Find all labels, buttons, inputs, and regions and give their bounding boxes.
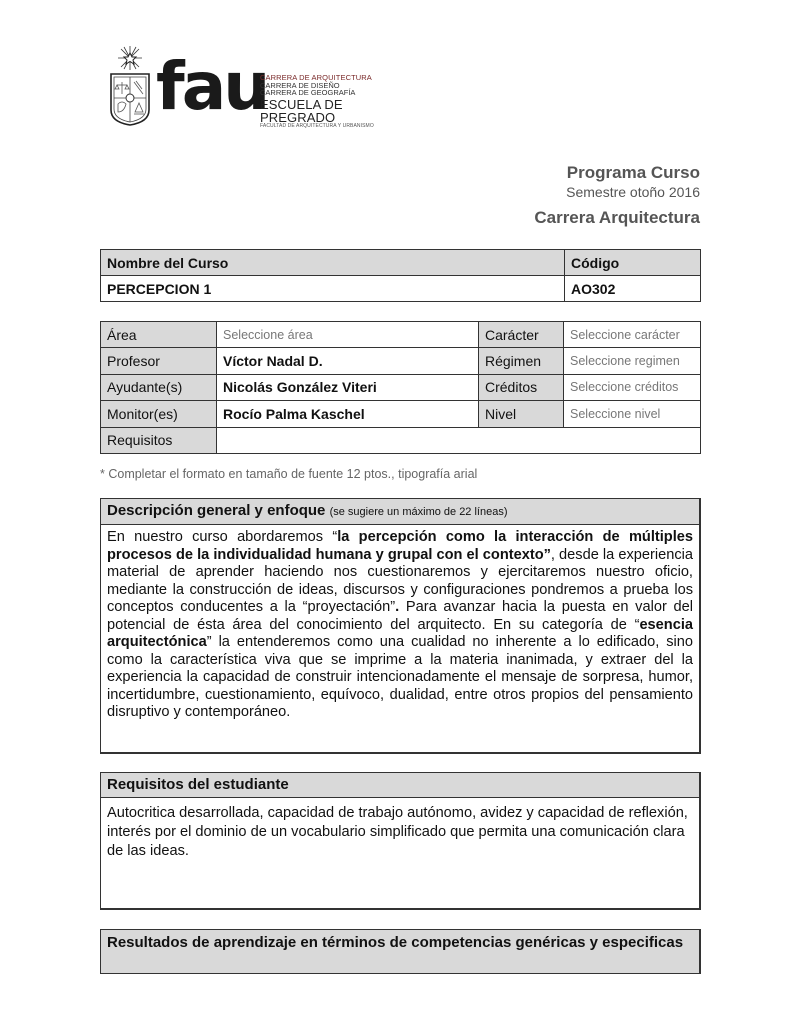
- course-info-table: Área Seleccione área Carácter Seleccione…: [100, 321, 701, 454]
- resultados-section: Resultados de aprendizaje en términos de…: [100, 929, 701, 974]
- descripcion-hint: (se sugiere un máximo de 22 líneas): [330, 506, 508, 518]
- resultados-header: Resultados de aprendizaje en términos de…: [101, 930, 699, 973]
- requisitos-estudiante-section: Requisitos del estudiante Autocritica de…: [100, 772, 701, 910]
- ayudante-value[interactable]: Nicolás González Viteri: [217, 374, 479, 400]
- requisitos-value[interactable]: [217, 427, 701, 453]
- ayudante-label: Ayudante(s): [101, 374, 217, 400]
- logo-text: CARRERA DE ARQUITECTURA CARRERA DE DISEÑ…: [260, 74, 408, 129]
- course-name-value: PERCEPCION 1: [101, 276, 565, 302]
- creditos-label: Créditos: [479, 374, 564, 400]
- document-heading: Programa Curso Semestre otoño 2016 Carre…: [534, 163, 700, 228]
- course-table: Nombre del Curso Código PERCEPCION 1 AO3…: [100, 249, 701, 302]
- caracter-label: Carácter: [479, 322, 564, 348]
- caracter-select[interactable]: Seleccione carácter: [564, 322, 701, 348]
- requisitos-estudiante-header: Requisitos del estudiante: [101, 773, 699, 798]
- course-code-header: Código: [565, 250, 701, 276]
- logo-line-escuela: ESCUELA DE PREGRADO: [260, 98, 408, 124]
- regimen-label: Régimen: [479, 348, 564, 374]
- monitor-value[interactable]: Rocío Palma Kaschel: [217, 401, 479, 427]
- area-select[interactable]: Seleccione área: [217, 322, 479, 348]
- course-code-value: AO302: [565, 276, 701, 302]
- monitor-label: Monitor(es): [101, 401, 217, 427]
- document-title: Programa Curso: [534, 163, 700, 183]
- info-row-requisitos: Requisitos: [101, 427, 701, 453]
- career-label: Carrera Arquitectura: [534, 208, 700, 228]
- creditos-select[interactable]: Seleccione créditos: [564, 374, 701, 400]
- semester-label: Semestre otoño 2016: [534, 183, 700, 201]
- info-row-ayudante: Ayudante(s) Nicolás González Viteri Créd…: [101, 374, 701, 400]
- requisitos-label: Requisitos: [101, 427, 217, 453]
- fau-logo: fau CARRERA DE ARQUITECTURA CARRERA DE D…: [108, 44, 408, 126]
- profesor-value[interactable]: Víctor Nadal D.: [217, 348, 479, 374]
- course-name-header: Nombre del Curso: [101, 250, 565, 276]
- descripcion-title: Descripción general y enfoque: [107, 502, 325, 519]
- descripcion-header: Descripción general y enfoque (se sugier…: [101, 499, 699, 525]
- format-note: * Completar el formato en tamaño de fuen…: [100, 467, 477, 481]
- requisitos-estudiante-body: Autocritica desarrollada, capacidad de t…: [101, 798, 699, 865]
- info-row-profesor: Profesor Víctor Nadal D. Régimen Selecci…: [101, 348, 701, 374]
- area-label: Área: [101, 322, 217, 348]
- logo-line-facultad: FACULTAD DE ARQUITECTURA Y URBANISMO: [260, 124, 408, 129]
- profesor-label: Profesor: [101, 348, 217, 374]
- nivel-label: Nivel: [479, 401, 564, 427]
- regimen-select[interactable]: Seleccione regimen: [564, 348, 701, 374]
- logo-line-geografia: CARRERA DE GEOGRAFÍA: [260, 89, 408, 97]
- descripcion-body: En nuestro curso abordaremos “la percepc…: [101, 525, 699, 726]
- info-row-monitor: Monitor(es) Rocío Palma Kaschel Nivel Se…: [101, 401, 701, 427]
- nivel-select[interactable]: Seleccione nivel: [564, 401, 701, 427]
- descripcion-text-run: En nuestro curso abordaremos “: [107, 529, 337, 545]
- info-row-area: Área Seleccione área Carácter Seleccione…: [101, 322, 701, 348]
- university-crest-icon: [108, 44, 152, 126]
- descripcion-section: Descripción general y enfoque (se sugier…: [100, 498, 701, 754]
- fau-wordmark: fau: [156, 54, 267, 120]
